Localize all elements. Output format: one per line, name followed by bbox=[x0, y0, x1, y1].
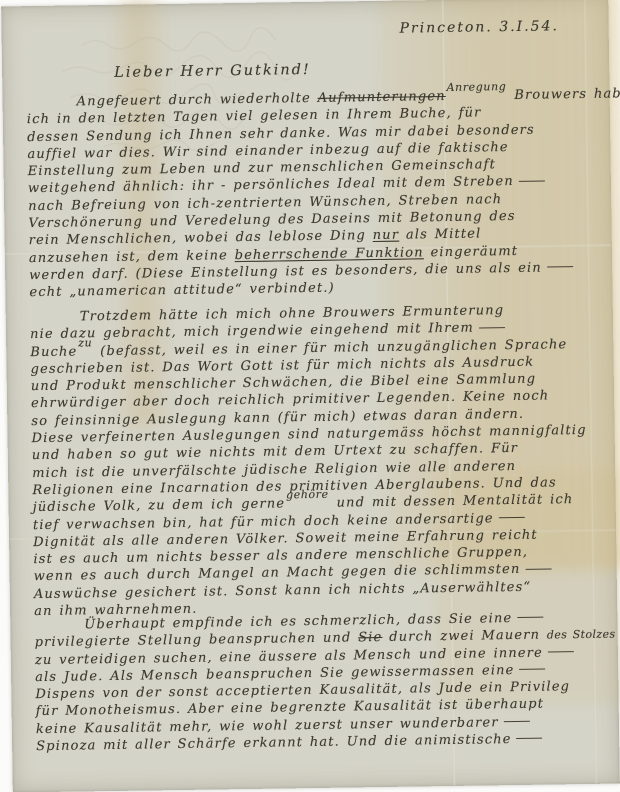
salutation: Lieber Herr Gutkind! bbox=[114, 62, 311, 81]
inserted-word: Anregung bbox=[446, 80, 506, 94]
struck-word: Sie bbox=[358, 630, 382, 645]
line-text: durch zwei Mauern bbox=[382, 628, 547, 645]
paragraph-3: Überhaupt empfinde ich es schmerzlich, d… bbox=[34, 609, 609, 756]
line-text: eingeräumt bbox=[424, 244, 519, 260]
inserted-word: zu bbox=[78, 336, 92, 349]
line-text: anzusehen ist, dem keine bbox=[29, 248, 235, 266]
line-text: Angefeuert durch wiederholte bbox=[77, 91, 318, 110]
letter-paper: Princeton. 3.I.54. Lieber Herr Gutkind! … bbox=[1, 0, 620, 792]
line-text: und mit dessen Mentalität ich bbox=[330, 492, 574, 511]
underlined-word: beherrschende Funktion bbox=[235, 245, 424, 263]
date-line: Princeton. 3.I.54. bbox=[399, 18, 559, 36]
line-text: als Mittel bbox=[399, 227, 481, 243]
line-text: Brouwers habe bbox=[507, 86, 620, 103]
line-text: Buche bbox=[30, 344, 77, 360]
struck-word: Aufmunterungen bbox=[318, 89, 446, 106]
margin-words: des Stolzes bbox=[547, 628, 616, 642]
inserted-word: gehöre bbox=[286, 488, 329, 502]
line-text: jüdische Volk, zu dem ich gerne bbox=[33, 497, 286, 516]
paragraph-2: Trotzdem hätte ich mich ohne Brouwers Er… bbox=[30, 301, 608, 621]
underlined-word: nur bbox=[373, 228, 400, 243]
paragraph-1: Angefeuert durch wiederholte Aufmunterun… bbox=[27, 86, 603, 302]
